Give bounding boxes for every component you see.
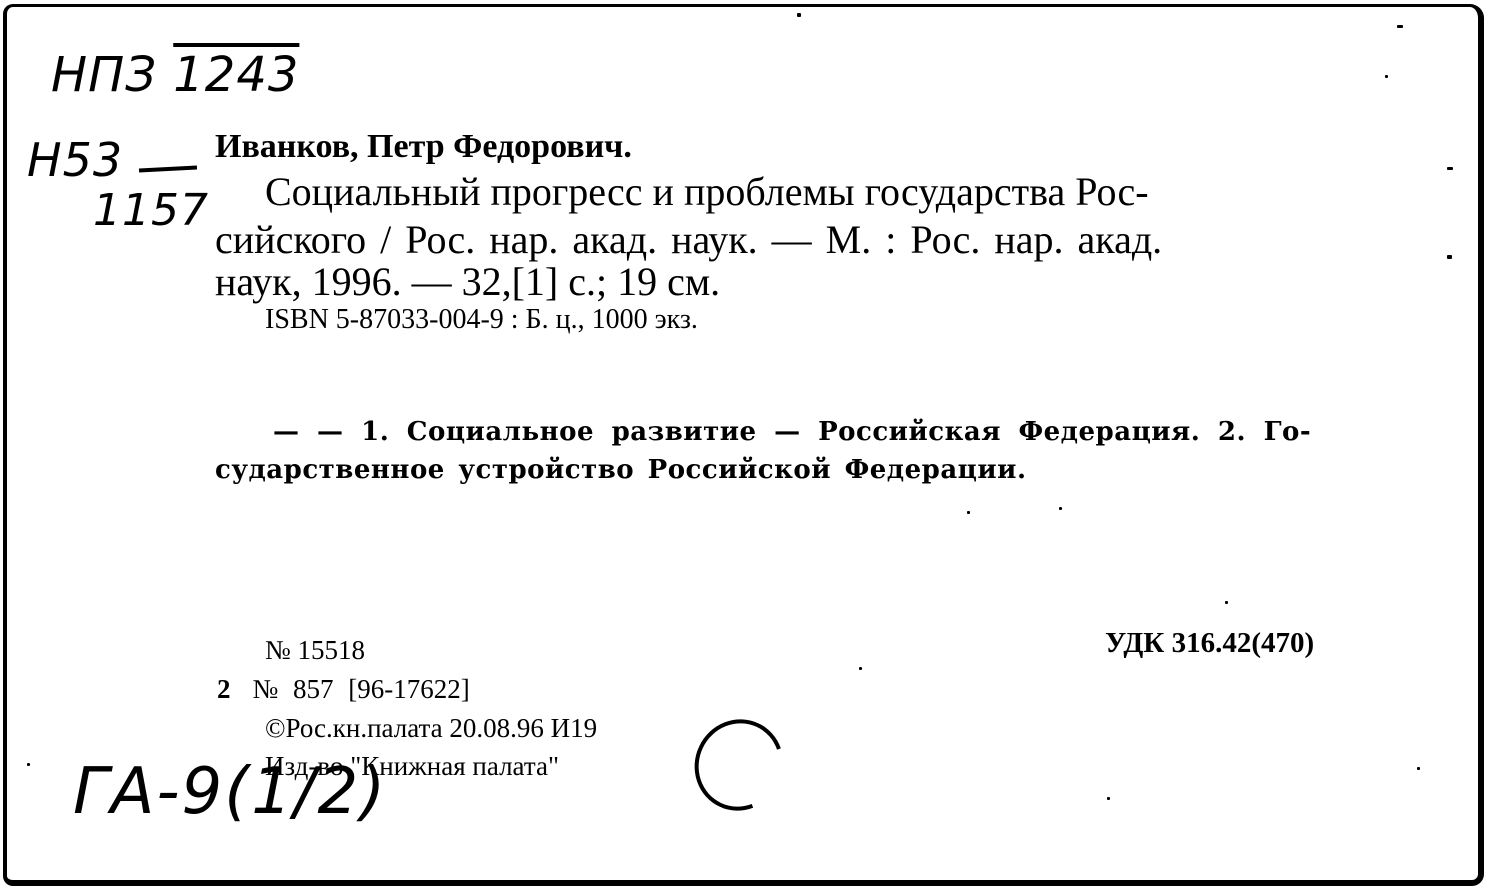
- call-number-bottom: 1157: [93, 185, 209, 236]
- scan-speck: [967, 511, 970, 514]
- shelf-number: 1243: [173, 47, 299, 103]
- record-line-lead: 2: [217, 674, 231, 704]
- author-heading: Иванков, Петр Федорович.: [215, 128, 632, 166]
- scan-speck: [27, 763, 30, 766]
- shelf-prefix: НПЗ: [51, 47, 157, 103]
- scan-speck: [1447, 167, 1453, 170]
- shelf-mark-handwritten: НПЗ 1243: [51, 47, 299, 103]
- isbn-line: ISBN 5-87033-004-9 : Б. ц., 1000 экз.: [265, 304, 698, 336]
- record-line-text: № 857 [96-17622]: [253, 674, 470, 704]
- call-number-divider: [139, 165, 197, 172]
- scan-speck: [1385, 75, 1388, 78]
- circle-stamp-icon: [680, 705, 799, 826]
- title-line-3: наук, 1996. — 32,[1] с.; 19 см.: [215, 258, 720, 305]
- record-number: № 15518: [265, 635, 365, 666]
- subjects-line-2: сударственное устройство Российской Феде…: [215, 455, 1027, 485]
- udk-classification: УДК 316.42(470): [1105, 627, 1314, 660]
- scan-speck: [1107, 797, 1110, 800]
- inventory-mark-handwritten: ГА-9(1/2): [73, 755, 387, 829]
- title-line-1: Социальный прогресс и проблемы государст…: [265, 168, 1149, 215]
- title-line-2: сийского / Рос. нар. акад. наук. — М. : …: [215, 216, 1162, 263]
- record-line: 2№ 857 [96-17622]: [217, 674, 470, 705]
- scan-speck: [1417, 767, 1420, 770]
- scan-speck: [1059, 507, 1062, 510]
- call-number-top: Н53: [27, 133, 123, 187]
- copyright-line: ©Рос.кн.палата 20.08.96 И19: [265, 713, 597, 744]
- scan-speck: [859, 667, 862, 670]
- scan-speck: [1225, 601, 1228, 604]
- scan-speck: [1447, 255, 1452, 259]
- catalog-card: НПЗ 1243 Н53 1157 Иванков, Петр Федорови…: [3, 4, 1484, 886]
- subjects-line-1: — — 1. Социальное развитие — Российская …: [273, 417, 1311, 447]
- scan-speck: [1397, 25, 1403, 28]
- scan-speck: [797, 13, 801, 17]
